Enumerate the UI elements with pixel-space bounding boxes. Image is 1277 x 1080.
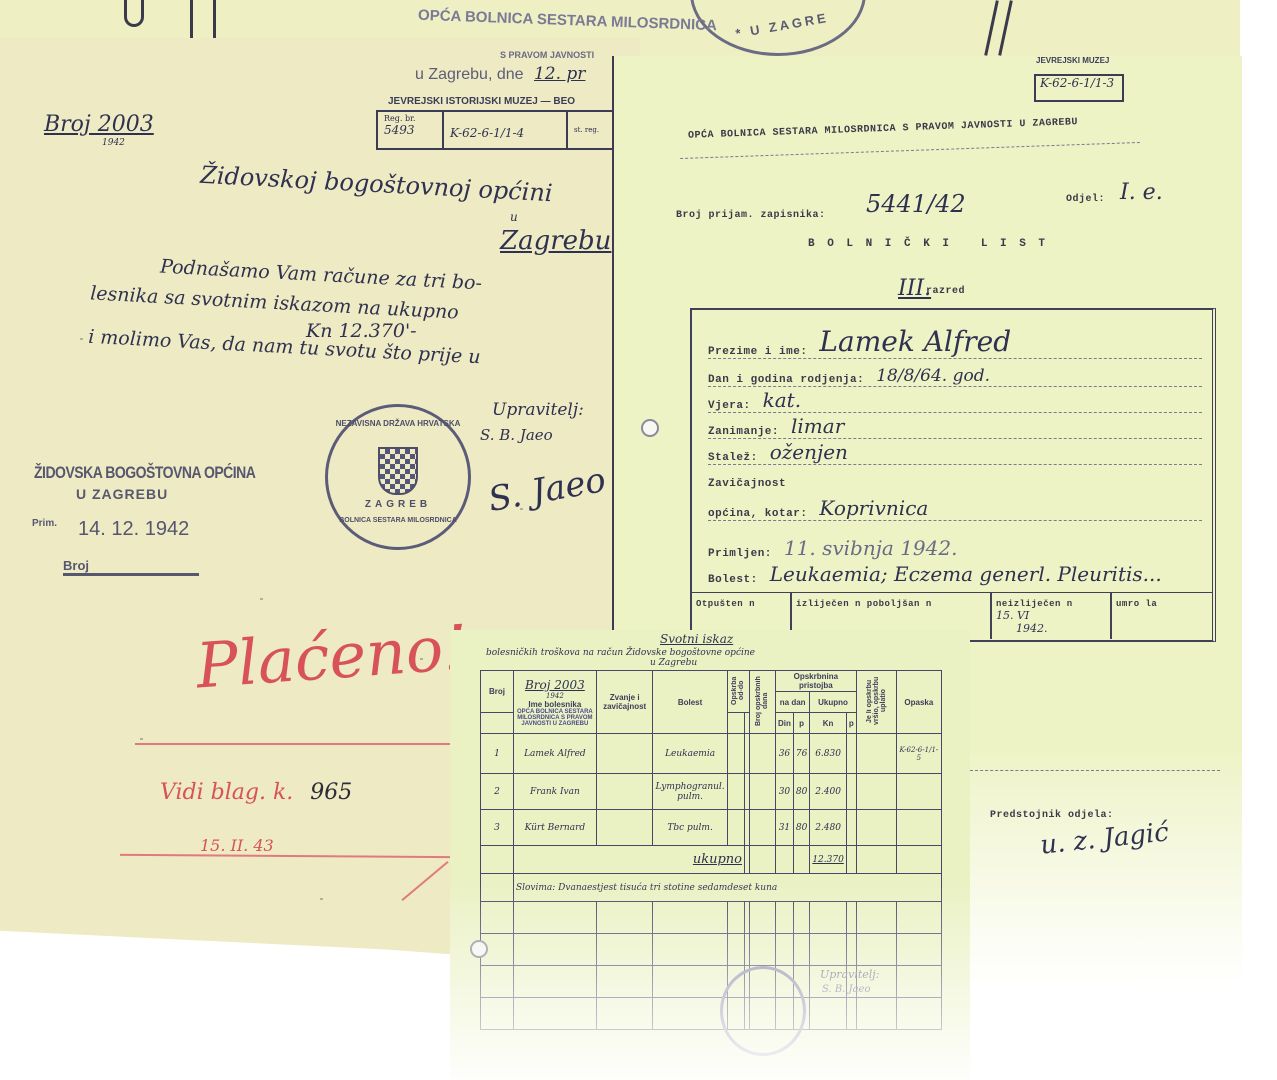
- paper-clip-icon: [124, 0, 144, 27]
- patient-form: Prezime i ime: Lamek Alfred Dan i godina…: [690, 308, 1216, 642]
- bill-subtitle-2: u Zagrebu: [650, 658, 697, 668]
- sheet-museum-code: K-62-6-1/1-3: [1040, 76, 1114, 90]
- field-birth: Dan i godina rodjenja: 18/8/64. god.: [708, 362, 1202, 387]
- col-opaska: Opaska: [896, 671, 941, 734]
- head-label: Predstojnik odjela:: [990, 810, 1114, 821]
- admission-label: Broj prijam. zapisnika:: [676, 210, 826, 221]
- round-seal-top: NEZAVISNA DRŽAVA HRVATSKA: [328, 419, 468, 428]
- bill-table-document: Svotni iskaz bolesničkih troškova na rač…: [450, 630, 970, 1080]
- received-date: 14. 12. 1942: [78, 518, 189, 541]
- table-row: 1 Lamek Alfred Leukaemia 36 76 6.830 K-6…: [481, 734, 942, 774]
- paid-date: 15. II. 43: [200, 836, 274, 855]
- paid-ref-text: Vidi blag. k.: [160, 780, 293, 805]
- field-marital-status: Stalež: oženjen: [708, 440, 1202, 465]
- field-domicile: Zavičajnost: [708, 466, 1202, 490]
- col-zvanje: Zvanje i zavičajnost: [596, 671, 653, 734]
- received-stamp-line2: U ZAGREBU: [76, 486, 168, 502]
- department-label: Odjel:: [1066, 194, 1105, 205]
- signature-name: S. B. Jaeo: [480, 426, 553, 444]
- col-bolest: Bolest: [653, 671, 727, 734]
- admission-value: 5441/42: [866, 190, 966, 218]
- hospital-header-substamp: S PRAVOM JAVNOSTI: [500, 50, 594, 60]
- outcome-date: 15. VI: [996, 609, 1106, 622]
- addressee-city: Zagrebu: [500, 226, 611, 256]
- col-opskrba: Opskrba od-do: [727, 671, 749, 713]
- field-occupation: Zanimanje: limar: [708, 414, 1202, 439]
- place-date: u Zagrebu, dne 12. pr: [415, 64, 585, 84]
- col-name: Broj 2003 1942 Ime bolesnika OPĆA BOLNIC…: [513, 671, 596, 734]
- field-illness: Bolest: Leukaemia; Eczema generl. Pleuri…: [708, 562, 1252, 586]
- sheet-museum-title: JEVREJSKI MUZEJ: [1036, 56, 1109, 65]
- table-row: 2 Frank Ivan Lymphogranul. pulm. 30 80 2…: [481, 774, 942, 810]
- field-name: Prezime i ime: Lamek Alfred: [708, 334, 1202, 359]
- punch-hole: [470, 940, 488, 958]
- red-underline: [135, 743, 455, 745]
- place-date-value: 12. pr: [534, 64, 585, 84]
- received-stamp-line1: ŽIDOVSKA BOGOŠTOVNA OPĆINA: [34, 462, 255, 481]
- col-je-li: Je li opskrbu vršio, opskrbu uplatio: [856, 671, 896, 734]
- round-seal: NEZAVISNA DRŽAVA HRVATSKA ZAGREB BOLNICA…: [325, 404, 471, 550]
- total-row: ukupno 12.370: [481, 846, 942, 874]
- museum-registration-box: Reg. br. 5493 K-62-6-1/1-4 st. reg.: [376, 110, 616, 150]
- reference-number: Broj 2003: [44, 112, 154, 137]
- bill-subtitle-1: bolesničkih troškova na račun Židovske b…: [486, 648, 755, 658]
- field-religion: Vjera: kat.: [708, 388, 1202, 413]
- round-seal-bottom: BOLNICA SESTARA MILOSRDNICA: [328, 517, 468, 524]
- signature-title: Upravitelj:: [492, 400, 584, 420]
- divider: [970, 770, 1220, 771]
- class-label: razred: [926, 286, 965, 297]
- museum-extra: st. reg.: [568, 112, 605, 148]
- paid-ref-number: 965: [310, 780, 352, 805]
- round-seal-center: ZAGREB: [328, 499, 468, 510]
- sheet-museum-box: K-62-6-1/1-3: [1034, 74, 1124, 102]
- museum-code: K-62-6-1/1-4: [444, 112, 568, 148]
- row-museum-stamp: K-62-6-1/1-5: [896, 734, 941, 774]
- stamp-overlay: OPĆA BOLNICA SESTARA MILOSRDNICA S PRAVO…: [516, 709, 594, 727]
- addressee-prep: u: [510, 210, 518, 224]
- field-admitted: Primljen: 11. svibnja 1942.: [708, 536, 1202, 560]
- museum-stamp-title: JEVREJSKI ISTORIJSKI MUZEJ — BEO: [388, 96, 575, 107]
- table-row: 3 Kürt Bernard Tbc pulm. 31 80 2.480: [481, 810, 942, 846]
- field-municipality: općina, kotar: Koprivnica: [708, 496, 1202, 521]
- col-broj: Broj: [481, 671, 514, 713]
- outcome-year: 1942.: [996, 622, 1106, 635]
- coat-of-arms-icon: [378, 447, 418, 495]
- punch-hole: [641, 419, 659, 437]
- received-broj: Broj: [63, 558, 199, 576]
- received-prim-label: Prim.: [32, 518, 57, 529]
- col-opskrbnina: Opskrbnina pristojba: [775, 671, 856, 692]
- bill-title: Svotni iskaz: [660, 632, 733, 646]
- col-dani: Broj opskrbnih dana: [749, 671, 775, 734]
- received-broj-label: Broj: [63, 558, 89, 573]
- sheet-title: B O L N I Č K I L I S T: [808, 238, 1048, 250]
- reg-label: Reg. br.: [384, 114, 436, 123]
- place-date-label: u Zagrebu, dne: [415, 66, 524, 83]
- reference-year: 1942: [102, 138, 125, 148]
- paid-ref: Vidi blag. k. 965: [160, 780, 352, 805]
- reg-value: 5493: [384, 123, 436, 137]
- department-value: I. e.: [1120, 180, 1163, 205]
